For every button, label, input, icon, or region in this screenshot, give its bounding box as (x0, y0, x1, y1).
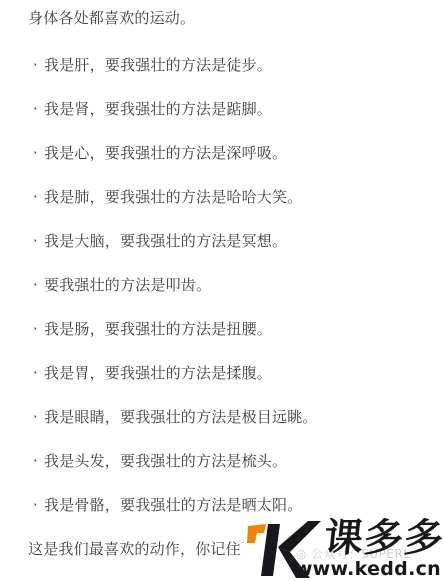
bullet-text: 我是大脑，要我强壮的方法是冥想。 (44, 232, 287, 250)
bullet-item: ·我是心，要我强壮的方法是深呼吸。 (28, 143, 426, 163)
bullet-marker: · (33, 451, 44, 471)
bullet-text: 我是肠，要我强壮的方法是扭腰。 (44, 320, 272, 338)
bullet-text: 要我强壮的方法是叩齿。 (44, 276, 211, 294)
brand-name: 课多多 (322, 519, 444, 559)
bullet-text: 我是肝，要我强壮的方法是徒步。 (44, 56, 272, 74)
bullet-text: 我是心，要我强壮的方法是深呼吸。 (44, 144, 287, 162)
bullet-item: ·我是骨骼，要我强壮的方法是晒太阳。 (28, 495, 426, 515)
bullet-item: ·要我强壮的方法是叩齿。 (28, 275, 426, 295)
brand-url: www.kedd.cn (295, 559, 441, 579)
bullet-marker: · (33, 407, 44, 427)
bullet-marker: · (33, 231, 44, 251)
bullet-item: ·我是肝，要我强壮的方法是徒步。 (28, 55, 426, 75)
bullet-text: 我是骨骼，要我强壮的方法是晒太阳。 (44, 496, 302, 514)
bullet-item: ·我是眼睛，要我强壮的方法是极目远眺。 (28, 407, 426, 427)
bullet-text: 我是眼睛，要我强壮的方法是极目远眺。 (44, 408, 318, 426)
bullet-item: ·我是肠，要我强壮的方法是扭腰。 (28, 319, 426, 339)
bullet-text: 我是头发，要我强壮的方法是梳头。 (44, 452, 287, 470)
bullet-item: ·我是大脑，要我强壮的方法是冥想。 (28, 231, 426, 251)
bullet-item: ·我是肾，要我强壮的方法是踮脚。 (28, 99, 426, 119)
bullet-marker: · (33, 495, 44, 515)
bullet-marker: · (33, 275, 44, 295)
bullet-text: 我是胃，要我强壮的方法是揉腹。 (44, 364, 272, 382)
bullet-text: 我是肾，要我强壮的方法是踮脚。 (44, 100, 272, 118)
article-page: 身体各处都喜欢的运动。 ·我是肝，要我强壮的方法是徒步。 ·我是肾，要我强壮的方… (0, 0, 444, 581)
bullet-marker: · (33, 143, 44, 163)
bullet-item: ·我是肺，要我强壮的方法是哈哈大笑。 (28, 187, 426, 207)
bullet-text: 我是肺，要我强壮的方法是哈哈大笑。 (44, 188, 302, 206)
bullet-marker: · (33, 187, 44, 207)
bullet-marker: · (33, 363, 44, 383)
article-content: 身体各处都喜欢的运动。 ·我是肝，要我强壮的方法是徒步。 ·我是肾，要我强壮的方… (0, 0, 444, 559)
watermark: ◎ 公众号：SUPERL 课多多 www.kedd.cn (244, 517, 444, 581)
bullet-marker: · (33, 55, 44, 75)
bullet-item: ·我是头发，要我强壮的方法是梳头。 (28, 451, 426, 471)
bullet-item: ·我是胃，要我强壮的方法是揉腹。 (28, 363, 426, 383)
bullet-marker: · (33, 319, 44, 339)
article-intro: 身体各处都喜欢的运动。 (28, 8, 426, 28)
bullet-marker: · (33, 99, 44, 119)
